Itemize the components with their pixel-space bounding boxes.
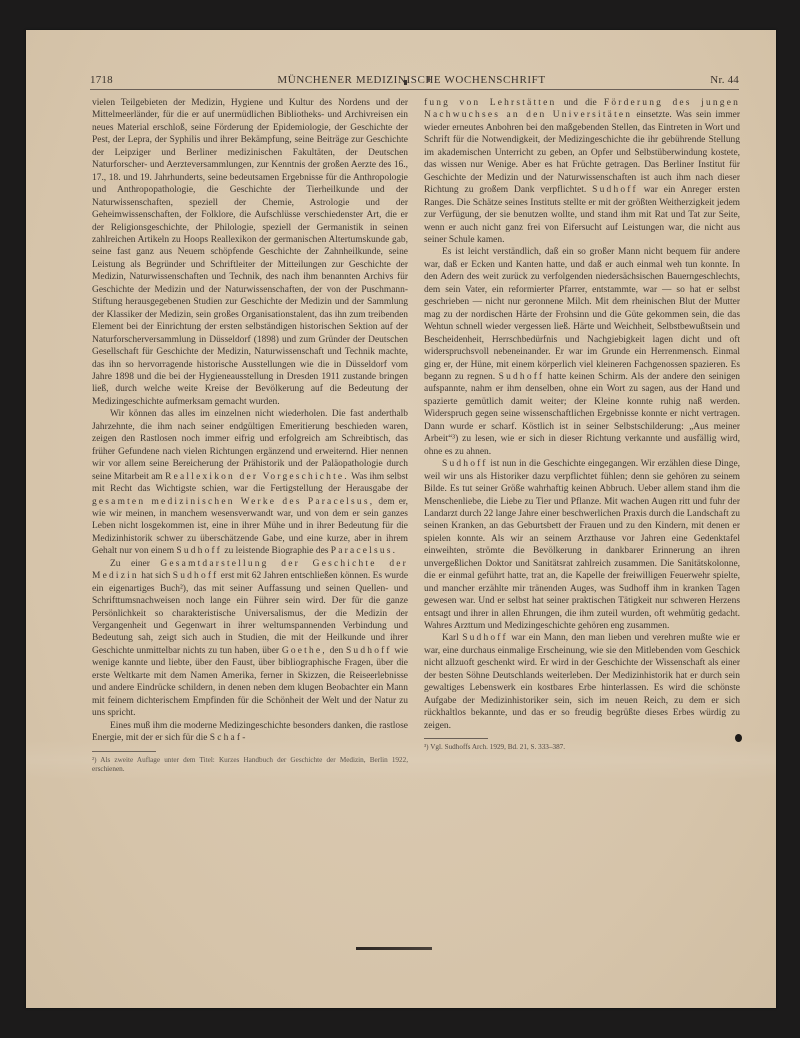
paragraph: vielen Teilgebieten der Medizin, Hygiene… xyxy=(92,97,408,408)
footnote-rule xyxy=(424,738,488,739)
paragraph: fung von Lehrstätten und die Förderung d… xyxy=(424,97,740,246)
spaced-emphasis: gesamten medizinischen Werke des Paracel… xyxy=(92,497,374,507)
spaced-emphasis: Sudhoff xyxy=(462,633,508,643)
paragraph: Eines muß ihm die moderne Medizingeschic… xyxy=(92,720,408,745)
spaced-emphasis: Reallexikon der Vorgeschichte. xyxy=(165,472,349,482)
spaced-emphasis: Paracelsus. xyxy=(331,546,397,556)
spaced-emphasis: Goethe, xyxy=(282,646,327,656)
spaced-emphasis: Sudhoff xyxy=(499,372,545,382)
spaced-emphasis: fung von Lehrstätten xyxy=(424,98,556,108)
paragraph: Karl Sudhoff war ein Mann, den man liebe… xyxy=(424,632,740,732)
journal-title: MÜNCHENER MEDIZINISCHE WOCHENSCHRIFT xyxy=(277,74,545,86)
paragraph: Wir können das alles im einzelnen nicht … xyxy=(92,408,408,557)
spaced-emphasis: Schaf- xyxy=(210,733,248,743)
footnote-rule xyxy=(92,751,156,752)
page-number: 1718 xyxy=(90,74,113,86)
paragraph: Zu einer Gesamtdarstellung der Geschicht… xyxy=(92,558,408,720)
spaced-emphasis: Sudhoff xyxy=(176,546,222,556)
footnote: ²) Als zweite Auflage unter dem Titel: K… xyxy=(92,756,408,774)
running-header: 1718 MÜNCHENER MEDIZINISCHE WOCHENSCHRIF… xyxy=(90,74,739,90)
spaced-emphasis: Sudhoff xyxy=(592,185,638,195)
paragraph: Sudhoff ist nun in die Geschichte eingeg… xyxy=(424,458,740,632)
right-column: fung von Lehrstätten und die Förderung d… xyxy=(424,97,740,752)
spaced-emphasis: Sudhoff xyxy=(346,646,392,656)
spaced-emphasis: Sudhoff xyxy=(442,459,488,469)
spaced-emphasis: Sudhoff xyxy=(173,571,219,581)
footnote: ³) Vgl. Sudhoffs Arch. 1929, Bd. 21, S. … xyxy=(424,743,740,752)
issue-number: Nr. 44 xyxy=(710,74,739,86)
left-column: vielen Teilgebieten der Medizin, Hygiene… xyxy=(92,97,408,774)
ink-blot xyxy=(735,734,742,742)
end-rule xyxy=(356,947,432,950)
paragraph: Es ist leicht verständlich, daß ein so g… xyxy=(424,246,740,458)
